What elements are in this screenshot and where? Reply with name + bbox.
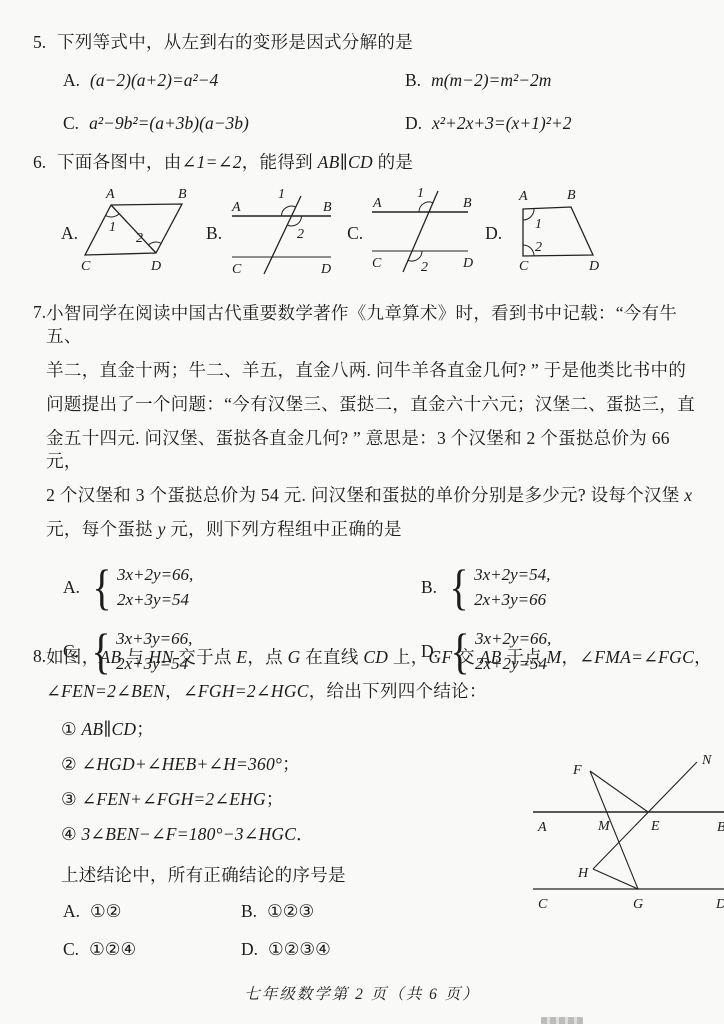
question-6-number: 6.	[33, 150, 57, 174]
question-8-geometry-figure: F N A M E B H C G D	[505, 734, 724, 924]
point-label-h: H	[577, 866, 589, 881]
vertex-label: C	[372, 256, 382, 271]
vertex-label: D	[150, 259, 161, 274]
question-6-figure-d: D. A B C D 1 2	[485, 184, 609, 282]
question-8-number: 8.	[33, 646, 46, 714]
vertex-label: D	[588, 259, 599, 274]
stem-line: 问题提出了一个问题：“今有汉堡三、蛋挞二，直金六十六元；汉堡二、蛋挞三，直	[46, 393, 700, 416]
option-label: C.	[347, 223, 363, 244]
point-label-c: C	[538, 897, 548, 912]
option-value: ①②	[90, 901, 121, 921]
question-7-option-a: A. { 3x+2y=66, 2x+3y=54	[63, 562, 421, 612]
exam-page: 5.下列等式中，从左到右的变形是因式分解的是 A.(a−2)(a+2)=a²−4…	[0, 0, 724, 1024]
option-label: A.	[63, 70, 80, 90]
system-brace: {	[92, 563, 111, 611]
equation-2: 2x+3y=66	[474, 587, 550, 612]
question-6: 6.下面各图中，由∠1=∠2，能得到 AB∥CD 的是 A. A B C D 1…	[33, 150, 700, 282]
option-label: B.	[405, 70, 421, 90]
question-8-option-c: C.①②④	[63, 939, 241, 960]
question-5-option-c: C.a²−9b²=(a+3b)(a−3b)	[63, 113, 405, 134]
vertex-label: B	[323, 200, 332, 215]
option-label: A.	[63, 577, 80, 598]
question-8: 8. 如图，AB 与 HN 交于点 E，点 G 在直线 CD 上，GF 交 AB…	[33, 646, 724, 960]
option-expression: m(m−2)=m²−2m	[431, 70, 551, 90]
angle-2-label: 2	[136, 231, 143, 246]
question-5: 5.下列等式中，从左到右的变形是因式分解的是 A.(a−2)(a+2)=a²−4…	[33, 30, 700, 134]
vertex-label: A	[231, 200, 241, 215]
vertex-label: B	[463, 196, 472, 211]
angle-2-label: 2	[535, 240, 542, 255]
option-label: A.	[63, 901, 80, 921]
stem-line: ∠FEN=2∠BEN，∠FGH=2∠HGC，给出下列四个结论：	[46, 680, 712, 703]
cropped-print-mark	[541, 1017, 583, 1024]
angle-1-label: 1	[109, 220, 116, 235]
option-value: ①②③	[267, 901, 314, 921]
option-label: A.	[61, 223, 78, 244]
question-5-options: A.(a−2)(a+2)=a²−4 B.m(m−2)=m²−2m C.a²−9b…	[63, 70, 700, 134]
equation-1: 3x+2y=54,	[474, 562, 550, 587]
question-7-number: 7.	[33, 302, 46, 552]
angle-1-label: 1	[278, 187, 285, 202]
equation-system: 3x+2y=66, 2x+3y=54	[117, 562, 193, 612]
question-5-stem: 下列等式中，从左到右的变形是因式分解的是	[57, 32, 413, 52]
question-6-figure-a: A. A B C D 1 2	[61, 184, 198, 282]
vertex-label: A	[518, 189, 528, 204]
vertex-label: C	[232, 262, 242, 277]
vertex-label: B	[178, 187, 187, 202]
vertex-label: C	[81, 259, 91, 274]
option-label: C.	[63, 113, 79, 133]
option-label: B.	[421, 577, 437, 598]
option-expression: (a−2)(a+2)=a²−4	[90, 70, 218, 90]
stem-line: 金五十四元. 问汉堡、蛋挞各直金几何? ” 意思是：3 个汉堡和 2 个蛋挞总价…	[46, 427, 700, 473]
system-brace: {	[449, 563, 468, 611]
question-6-figure-b: B. A B C D 1 2	[206, 184, 339, 282]
option-value: ①②④	[89, 939, 136, 959]
option-value: ①②③④	[268, 939, 331, 959]
stem-line: 羊二，直金十两；牛二、羊五，直金八两. 问牛羊各直金几何? ” 于是他类比书中的	[46, 359, 700, 382]
angle-2-label: 2	[421, 260, 428, 275]
option-label: C.	[63, 939, 79, 959]
vertex-label: A	[372, 196, 382, 211]
point-label-f: F	[572, 763, 582, 778]
figure-c-transversal: A B C D 1 2	[365, 184, 477, 282]
question-5-option-b: B.m(m−2)=m²−2m	[405, 70, 700, 91]
question-7: 7. 小智同学在阅读中国古代重要数学著作《九章算术》时，看到书中记载：“今有牛五…	[33, 302, 700, 676]
stem-line: 元，每个蛋挞 y 元，则下列方程组中正确的是	[46, 518, 700, 541]
question-8-option-a: A.①②	[63, 901, 241, 922]
point-label-m: M	[597, 819, 611, 834]
option-label: D.	[405, 113, 422, 133]
angle-2-label: 2	[297, 227, 304, 242]
option-expression: x²+2x+3=(x+1)²+2	[432, 113, 572, 133]
option-label: B.	[206, 223, 222, 244]
equation-2: 2x+3y=54	[117, 587, 193, 612]
equation-system: 3x+2y=54, 2x+3y=66	[474, 562, 550, 612]
question-5-option-d: D.x²+2x+3=(x+1)²+2	[405, 113, 700, 134]
point-label-e: E	[650, 819, 660, 834]
stem-line: 小智同学在阅读中国古代重要数学著作《九章算术》时，看到书中记载：“今有牛五、	[46, 302, 700, 348]
vertex-label: B	[567, 188, 576, 203]
question-7-stem: 小智同学在阅读中国古代重要数学著作《九章算术》时，看到书中记载：“今有牛五、 羊…	[46, 302, 700, 552]
figure-a-parallelogram: A B C D 1 2	[80, 184, 198, 282]
option-label: D.	[241, 939, 258, 959]
equation-1: 3x+2y=66,	[117, 562, 193, 587]
point-label-g: G	[633, 897, 643, 912]
vertex-label: A	[105, 187, 115, 202]
stem-line: 如图，AB 与 HN 交于点 E，点 G 在直线 CD 上，GF 交 AB 于点…	[46, 646, 712, 669]
point-label-a: A	[537, 820, 547, 835]
question-6-stem: 下面各图中，由∠1=∠2，能得到 AB∥CD 的是	[57, 152, 413, 172]
figure-d-trapezoid: A B C D 1 2	[504, 184, 609, 282]
question-8-option-d: D.①②③④	[241, 939, 724, 960]
vertex-label: D	[320, 262, 331, 277]
stem-line: 2 个汉堡和 3 个蛋挞总价为 54 元. 问汉堡和蛋挞的单价分别是多少元? 设…	[46, 484, 700, 507]
point-label-d: D	[715, 897, 724, 912]
vertex-label: D	[462, 256, 473, 271]
angle-1-label: 1	[535, 217, 542, 232]
point-label-n: N	[701, 753, 712, 768]
vertex-label: C	[519, 259, 529, 274]
option-expression: a²−9b²=(a+3b)(a−3b)	[89, 113, 249, 133]
question-5-option-a: A.(a−2)(a+2)=a²−4	[63, 70, 405, 91]
point-label-b: B	[717, 820, 724, 835]
figure-b-transversal: A B C D 1 2	[224, 184, 339, 282]
option-label: B.	[241, 901, 257, 921]
question-6-figure-c: C. A B C D 1 2	[347, 184, 477, 282]
question-6-figures: A. A B C D 1 2 B.	[61, 184, 700, 282]
page-footer: 七年级数学第 2 页（共 6 页）	[0, 982, 724, 1004]
question-5-number: 5.	[33, 30, 57, 54]
angle-1-label: 1	[417, 186, 424, 201]
question-8-stem: 如图，AB 与 HN 交于点 E，点 G 在直线 CD 上，GF 交 AB 于点…	[46, 646, 712, 714]
option-label: D.	[485, 223, 502, 244]
question-7-option-b: B. { 3x+2y=54, 2x+3y=66	[421, 562, 700, 612]
